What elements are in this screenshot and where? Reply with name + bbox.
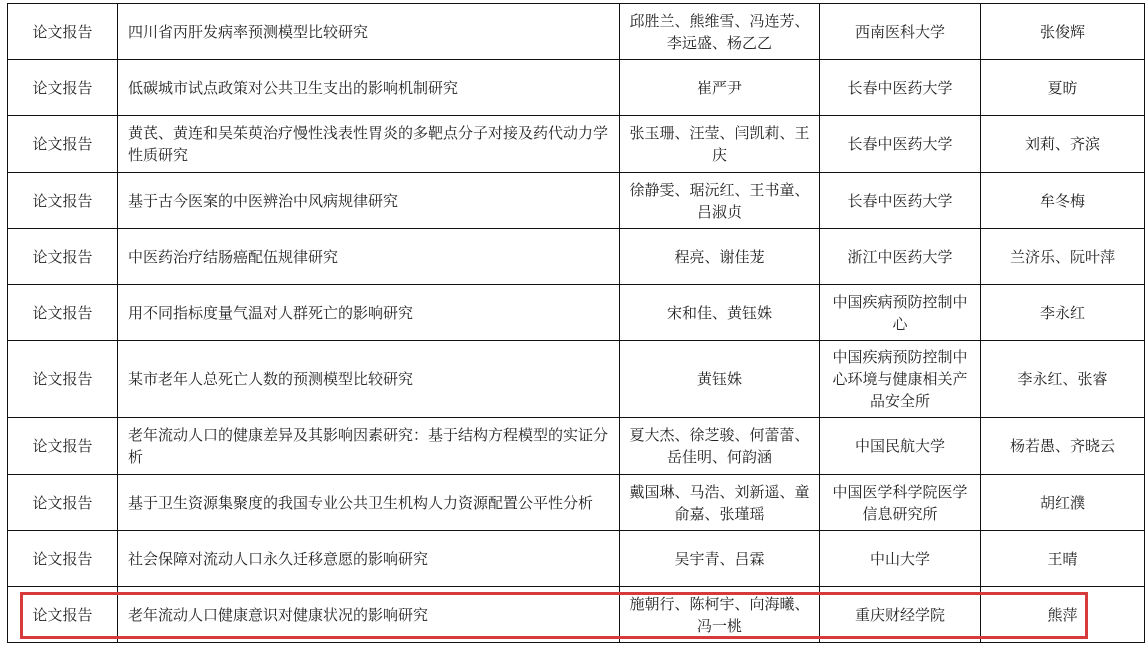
table-row: 论文报告 中医药治疗结肠癌配伍规律研究 程亮、谢佳茏 浙江中医药大学 兰济乐、阮… [8,229,1145,285]
paper-title-cell: 中医药治疗结肠癌配伍规律研究 [118,229,620,285]
advisor-cell: 李永红 [981,285,1145,341]
paper-title-cell: 用不同指标度量气温对人群死亡的影响研究 [118,285,620,341]
table-body: 论文报告 四川省丙肝发病率预测模型比较研究 邱胜兰、熊维雪、冯连芳、李远盛、杨乙… [8,4,1145,643]
report-type-cell: 论文报告 [8,418,118,475]
institution-cell: 中国医学科学院医学信息研究所 [820,475,981,531]
advisor-cell: 熊萍 [981,587,1145,643]
institution-cell: 中国疾病预防控制中心环境与健康相关产品安全所 [820,341,981,418]
advisor-cell: 兰济乐、阮叶萍 [981,229,1145,285]
paper-title-cell: 社会保障对流动人口永久迁移意愿的影响研究 [118,531,620,587]
report-type-cell: 论文报告 [8,116,118,173]
advisor-cell: 夏昉 [981,60,1145,116]
table-row: 论文报告 黄芪、黄连和吴茱萸治疗慢性浅表性胃炎的多靶点分子对接及药代动力学性质研… [8,116,1145,173]
authors-cell: 邱胜兰、熊维雪、冯连芳、李远盛、杨乙乙 [620,4,820,60]
table-row: 论文报告 基于卫生资源集聚度的我国专业公共卫生机构人力资源配置公平性分析 戴国琳… [8,475,1145,531]
paper-title-cell: 四川省丙肝发病率预测模型比较研究 [118,4,620,60]
paper-title-cell: 黄芪、黄连和吴茱萸治疗慢性浅表性胃炎的多靶点分子对接及药代动力学性质研究 [118,116,620,173]
paper-title-cell: 基于卫生资源集聚度的我国专业公共卫生机构人力资源配置公平性分析 [118,475,620,531]
report-type-cell: 论文报告 [8,60,118,116]
advisor-cell: 胡红濮 [981,475,1145,531]
authors-cell: 程亮、谢佳茏 [620,229,820,285]
authors-cell: 崔严尹 [620,60,820,116]
institution-cell: 中国民航大学 [820,418,981,475]
advisor-cell: 牟冬梅 [981,173,1145,229]
report-type-cell: 论文报告 [8,285,118,341]
report-type-cell: 论文报告 [8,341,118,418]
paper-title-cell: 基于古今医案的中医辨治中风病规律研究 [118,173,620,229]
institution-cell: 中国疾病预防控制中心 [820,285,981,341]
table-row: 论文报告 用不同指标度量气温对人群死亡的影响研究 宋和佳、黄钰姝 中国疾病预防控… [8,285,1145,341]
institution-cell: 长春中医药大学 [820,60,981,116]
paper-title-cell: 某市老年人总死亡人数的预测模型比较研究 [118,341,620,418]
paper-title-cell: 低碳城市试点政策对公共卫生支出的影响机制研究 [118,60,620,116]
table-row-highlighted: 论文报告 老年流动人口健康意识对健康状况的影响研究 施朝行、陈柯宇、向海曦、冯一… [8,587,1145,643]
advisor-cell: 李永红、张睿 [981,341,1145,418]
advisor-cell: 张俊辉 [981,4,1145,60]
authors-cell: 张玉珊、汪莹、闫凯莉、王庆 [620,116,820,173]
table-row: 论文报告 基于古今医案的中医辨治中风病规律研究 徐静雯、琚沅红、王书童、吕淑贞 … [8,173,1145,229]
paper-title-cell: 老年流动人口的健康差异及其影响因素研究：基于结构方程模型的实证分析 [118,418,620,475]
advisor-cell: 王晴 [981,531,1145,587]
table-row: 论文报告 四川省丙肝发病率预测模型比较研究 邱胜兰、熊维雪、冯连芳、李远盛、杨乙… [8,4,1145,60]
authors-cell: 徐静雯、琚沅红、王书童、吕淑贞 [620,173,820,229]
authors-cell: 吴宇青、吕霖 [620,531,820,587]
authors-cell: 施朝行、陈柯宇、向海曦、冯一桃 [620,587,820,643]
report-type-cell: 论文报告 [8,173,118,229]
advisor-cell: 杨若愚、齐晓云 [981,418,1145,475]
report-type-cell: 论文报告 [8,229,118,285]
institution-cell: 西南医科大学 [820,4,981,60]
institution-cell: 中山大学 [820,531,981,587]
authors-cell: 黄钰姝 [620,341,820,418]
table-row: 论文报告 社会保障对流动人口永久迁移意愿的影响研究 吴宇青、吕霖 中山大学 王晴 [8,531,1145,587]
table-row: 论文报告 老年流动人口的健康差异及其影响因素研究：基于结构方程模型的实证分析 夏… [8,418,1145,475]
advisor-cell: 刘莉、齐滨 [981,116,1145,173]
authors-cell: 夏大杰、徐芝骏、何蕾蕾、岳佳明、何韵涵 [620,418,820,475]
table-row: 论文报告 某市老年人总死亡人数的预测模型比较研究 黄钰姝 中国疾病预防控制中心环… [8,341,1145,418]
table-row: 论文报告 低碳城市试点政策对公共卫生支出的影响机制研究 崔严尹 长春中医药大学 … [8,60,1145,116]
institution-cell: 长春中医药大学 [820,116,981,173]
institution-cell: 浙江中医药大学 [820,229,981,285]
report-type-cell: 论文报告 [8,587,118,643]
paper-title-cell: 老年流动人口健康意识对健康状况的影响研究 [118,587,620,643]
award-list-table: 论文报告 四川省丙肝发病率预测模型比较研究 邱胜兰、熊维雪、冯连芳、李远盛、杨乙… [7,3,1145,643]
report-type-cell: 论文报告 [8,531,118,587]
report-type-cell: 论文报告 [8,4,118,60]
institution-cell: 重庆财经学院 [820,587,981,643]
institution-cell: 长春中医药大学 [820,173,981,229]
authors-cell: 戴国琳、马浩、刘新遥、童俞嘉、张瑾瑶 [620,475,820,531]
authors-cell: 宋和佳、黄钰姝 [620,285,820,341]
report-type-cell: 论文报告 [8,475,118,531]
